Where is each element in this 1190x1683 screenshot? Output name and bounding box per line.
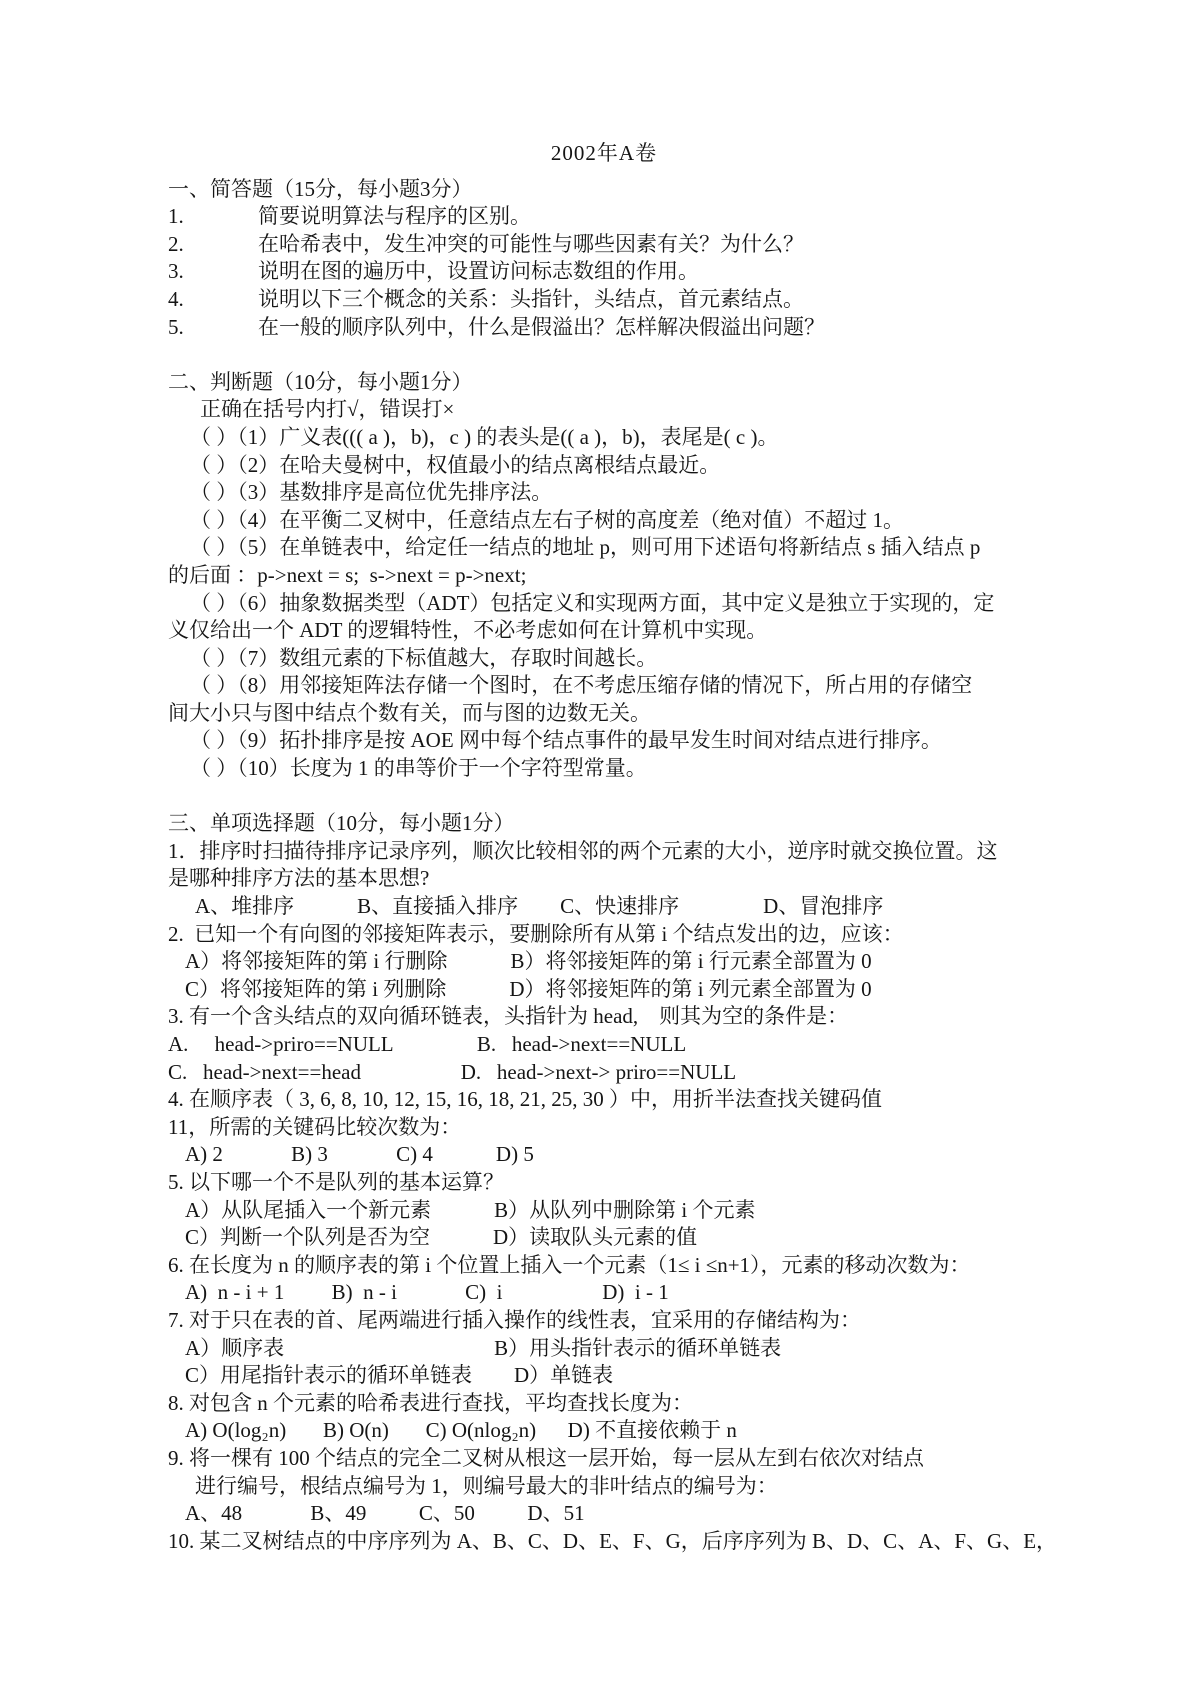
section1-items: 1.简要说明算法与程序的区别。2.在哈希表中，发生冲突的可能性与哪些因素有关？为…	[168, 203, 1040, 341]
text-line: A）从队尾插入一个新元素 B）从队列中删除第 i 个元素	[168, 1197, 1040, 1225]
section3-items: 1．排序时扫描待排序记录序列，顺次比较相邻的两个元素的大小，逆序时就交换位置。这…	[168, 838, 1040, 1555]
question-line: 2.在哈希表中，发生冲突的可能性与哪些因素有关？为什么？	[168, 231, 1040, 259]
text-line: A、堆排序 B、直接插入排序 C、快速排序 D、冒泡排序	[168, 893, 1040, 921]
question-line: 4.说明以下三个概念的关系：头指针，头结点，首元素结点。	[168, 286, 1040, 314]
text-line: 9. 将一棵有 100 个结点的完全二叉树从根这一层开始，每一层从左到右依次对结…	[168, 1445, 1040, 1473]
text-line: （ ）（6）抽象数据类型（ADT）包括定义和实现两方面，其中定义是独立于实现的，…	[168, 590, 1040, 618]
section3-heading: 三、单项选择题（10分，每小题1分）	[168, 810, 1040, 838]
text-line: 间大小只与图中结点个数有关，而与图的边数无关。	[168, 700, 1040, 728]
question-line: 1.简要说明算法与程序的区别。	[168, 203, 1040, 231]
text-line: （ ）（7）数组元素的下标值越大，存取时间越长。	[168, 645, 1040, 673]
section2-heading: 二、判断题（10分，每小题1分）	[168, 369, 1040, 397]
question-line: 5.在一般的顺序队列中，什么是假溢出？怎样解决假溢出问题？	[168, 314, 1040, 342]
question-number: 2.	[168, 231, 258, 259]
question-text: 简要说明算法与程序的区别。	[258, 203, 531, 231]
question-text: 说明在图的遍历中，设置访问标志数组的作用。	[258, 258, 699, 286]
text-line: 7. 对于只在表的首、尾两端进行插入操作的线性表，宜采用的存储结构为：	[168, 1307, 1040, 1335]
text-line: （ ）（10）长度为 1 的串等价于一个字符型常量。	[168, 755, 1040, 783]
text-line: （ ）（1）广义表((( a )，b)，c ) 的表头是(( a )，b)，表尾…	[168, 424, 1040, 452]
question-text: 在一般的顺序队列中，什么是假溢出？怎样解决假溢出问题？	[258, 314, 825, 342]
text-line: 11，所需的关键码比较次数为：	[168, 1114, 1040, 1142]
exam-page: 2002年A卷 一、简答题（15分，每小题3分） 1.简要说明算法与程序的区别。…	[0, 0, 1190, 1683]
text-line: C）将邻接矩阵的第 i 列删除 D）将邻接矩阵的第 i 列元素全部置为 0	[168, 976, 1040, 1004]
section-true-false: 二、判断题（10分，每小题1分） 正确在括号内打√，错误打× （ ）（1）广义表…	[168, 369, 1040, 783]
text-line: A) n - i + 1 B) n - i C) i D) i - 1	[168, 1279, 1040, 1307]
question-number: 1.	[168, 203, 258, 231]
text-line: 进行编号，根结点编号为 1，则编号最大的非叶结点的编号为：	[168, 1473, 1040, 1501]
question-line: 3.说明在图的遍历中，设置访问标志数组的作用。	[168, 258, 1040, 286]
text-line: 8. 对包含 n 个元素的哈希表进行查找，平均查找长度为：	[168, 1390, 1040, 1418]
text-line: 10. 某二叉树结点的中序序列为 A、B、C、D、E、F、G，后序序列为 B、D…	[168, 1528, 1040, 1556]
text-line: C）判断一个队列是否为空 D）读取队头元素的值	[168, 1224, 1040, 1252]
text-line: 1．排序时扫描待排序记录序列，顺次比较相邻的两个元素的大小，逆序时就交换位置。这	[168, 838, 1040, 866]
text-line: A. head->priro==NULL B. head->next==NULL	[168, 1031, 1040, 1059]
text-line: （ ）（4）在平衡二叉树中，任意结点左右子树的高度差（绝对值）不超过 1。	[168, 507, 1040, 535]
question-text: 在哈希表中，发生冲突的可能性与哪些因素有关？为什么？	[258, 231, 804, 259]
text-line: 4. 在顺序表（ 3, 6, 8, 10, 12, 15, 16, 18, 21…	[168, 1086, 1040, 1114]
text-line: （ ）（5）在单链表中，给定任一结点的地址 p，则可用下述语句将新结点 s 插入…	[168, 534, 1040, 562]
text-line: C. head->next==head D. head->next-> prir…	[168, 1059, 1040, 1087]
section2-instructions: 正确在括号内打√，错误打×	[168, 396, 1040, 424]
text-line: 义仅给出一个 ADT 的逻辑特性，不必考虑如何在计算机中实现。	[168, 617, 1040, 645]
section-short-answer: 一、简答题（15分，每小题3分） 1.简要说明算法与程序的区别。2.在哈希表中，…	[168, 176, 1040, 342]
section1-heading: 一、简答题（15分，每小题3分）	[168, 176, 1040, 204]
text-line: A) O(log₂n) B) O(n) C) O(nlog₂n) D) 不直接依…	[168, 1417, 1040, 1445]
text-line: 5. 以下哪一个不是队列的基本运算？	[168, 1169, 1040, 1197]
text-line: 的后面 ：p->next = s; s->next = p->next;	[168, 562, 1040, 590]
text-line: （ ）（3）基数排序是高位优先排序法。	[168, 479, 1040, 507]
text-line: （ ）（9）拓扑排序是按 AOE 网中每个结点事件的最早发生时间对结点进行排序。	[168, 727, 1040, 755]
section2-items: （ ）（1）广义表((( a )，b)，c ) 的表头是(( a )，b)，表尾…	[168, 424, 1040, 783]
text-line: 是哪种排序方法的基本思想?	[168, 865, 1040, 893]
text-line: 6. 在长度为 n 的顺序表的第 i 个位置上插入一个元素（1≤ i ≤n+1）…	[168, 1252, 1040, 1280]
question-number: 5.	[168, 314, 258, 342]
question-number: 3.	[168, 258, 258, 286]
spacer	[168, 341, 1040, 369]
text-line: 2. 已知一个有向图的邻接矩阵表示，要删除所有从第 i 个结点发出的边，应该：	[168, 921, 1040, 949]
text-line: A）顺序表 B）用头指针表示的循环单链表	[168, 1335, 1040, 1363]
page-title: 2002年A卷	[168, 140, 1040, 168]
question-number: 4.	[168, 286, 258, 314]
text-line: （ ）（8）用邻接矩阵法存储一个图时，在不考虑压缩存储的情况下，所占用的存储空	[168, 672, 1040, 700]
section-multiple-choice: 三、单项选择题（10分，每小题1分） 1．排序时扫描待排序记录序列，顺次比较相邻…	[168, 810, 1040, 1555]
text-line: A) 2 B) 3 C) 4 D) 5	[168, 1141, 1040, 1169]
text-line: （ ）（2）在哈夫曼树中，权值最小的结点离根结点最近。	[168, 452, 1040, 480]
text-line: 3. 有一个含头结点的双向循环链表，头指针为 head, 则其为空的条件是：	[168, 1003, 1040, 1031]
spacer	[168, 783, 1040, 811]
text-line: A）将邻接矩阵的第 i 行删除 B）将邻接矩阵的第 i 行元素全部置为 0	[168, 948, 1040, 976]
question-text: 说明以下三个概念的关系：头指针，头结点，首元素结点。	[258, 286, 804, 314]
text-line: C）用尾指针表示的循环单链表 D）单链表	[168, 1362, 1040, 1390]
text-line: A、48 B、49 C、50 D、51	[168, 1500, 1040, 1528]
